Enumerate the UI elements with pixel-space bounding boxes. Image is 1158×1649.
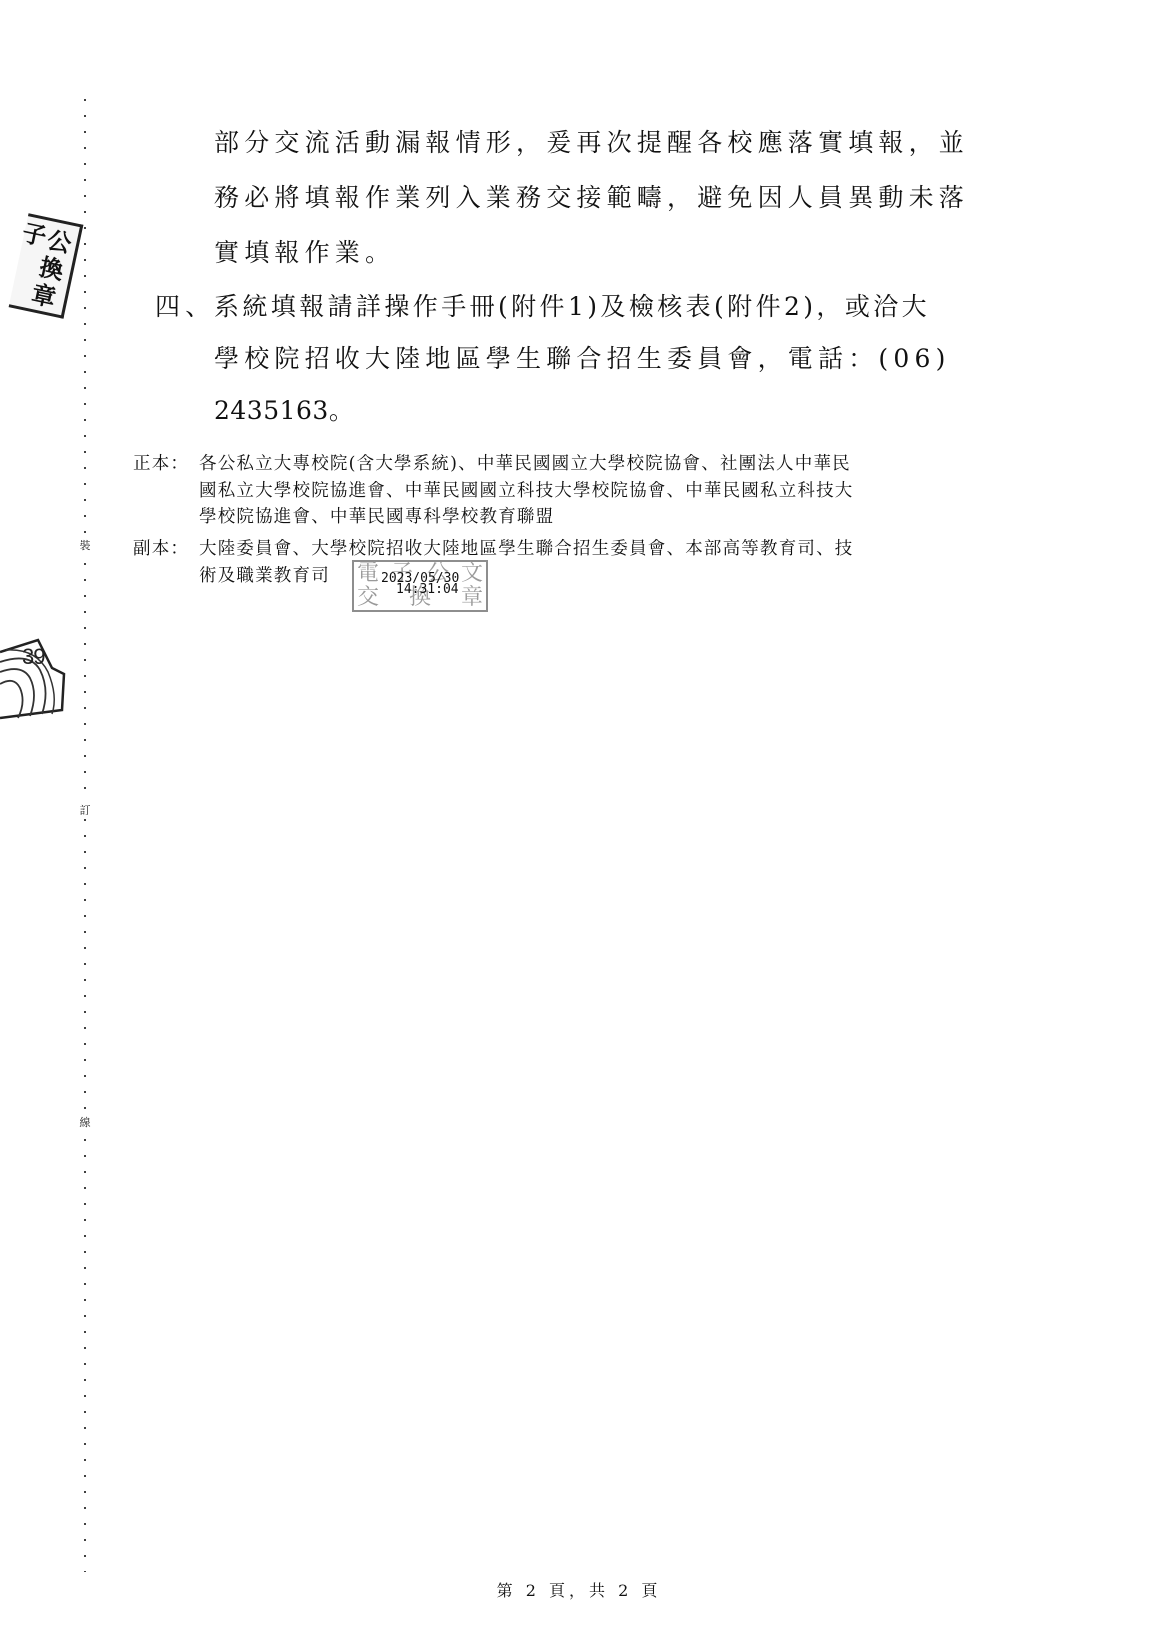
exchange-seal-partial: 子 公 換 章 xyxy=(9,213,84,319)
binding-label-zhuang: 裝 xyxy=(77,538,93,554)
body-line: 學校院招收大陸地區學生聯合招生委員會，電話：(06) xyxy=(214,344,951,374)
distribution-primary-label: 正本： xyxy=(133,452,189,476)
body-line: 部分交流活動漏報情形，爰再次提醒各校應落實填報，並 xyxy=(214,128,969,158)
stamp-char: 文 xyxy=(460,562,484,586)
stamp-char: 交 xyxy=(356,586,380,610)
stamp-char: 章 xyxy=(460,586,484,610)
body-line-phone: 2435163。 xyxy=(214,396,354,426)
distribution-line: 術及職業教育司 xyxy=(199,564,330,588)
item-number: 四、 xyxy=(155,292,215,322)
seal-char: 章 xyxy=(29,281,58,311)
document-page: 裝 訂 線 子 公 換 章 39 部分交流活動漏報情形，爰再次提醒各校應落實填報… xyxy=(0,0,1158,1649)
distribution-line: 國私立大學校院協進會、中華民國國立科技大學校院協會、中華民國私立科技大 xyxy=(199,479,854,503)
seal-char: 子 xyxy=(20,220,49,250)
distribution-copy-label: 副本： xyxy=(133,537,189,561)
body-line: 系統填報請詳操作手冊(附件1)及檢核表(附件2)，或洽大 xyxy=(214,292,930,322)
electronic-exchange-stamp: 電 子 公 文 交 換 章 2023/05/30 14:31:04 xyxy=(352,560,488,612)
stamp-char: 電 xyxy=(356,562,380,586)
binding-label-xian: 線 xyxy=(77,1115,93,1131)
page-number-footer: 第 2 頁，共 2 頁 xyxy=(0,1578,1158,1601)
distribution-line: 大陸委員會、大學校院招收大陸地區學生聯合招生委員會、本部高等教育司、技 xyxy=(199,537,854,561)
binding-dotted-line xyxy=(83,92,87,1572)
distribution-line: 各公私立大專校院(含大學系統)、中華民國國立大學校院協會、社團法人中華民 xyxy=(199,452,851,476)
binding-label-ding: 訂 xyxy=(77,803,93,819)
seal-number: 39 xyxy=(22,644,44,670)
body-line: 務必將填報作業列入業務交接範疇，避免因人員異動未落 xyxy=(214,183,969,213)
distribution-line: 學校院協進會、中華民國專科學校教育聯盟 xyxy=(199,505,554,529)
body-line: 實填報作業。 xyxy=(214,238,395,268)
stamp-time: 14:31:04 xyxy=(396,583,459,597)
